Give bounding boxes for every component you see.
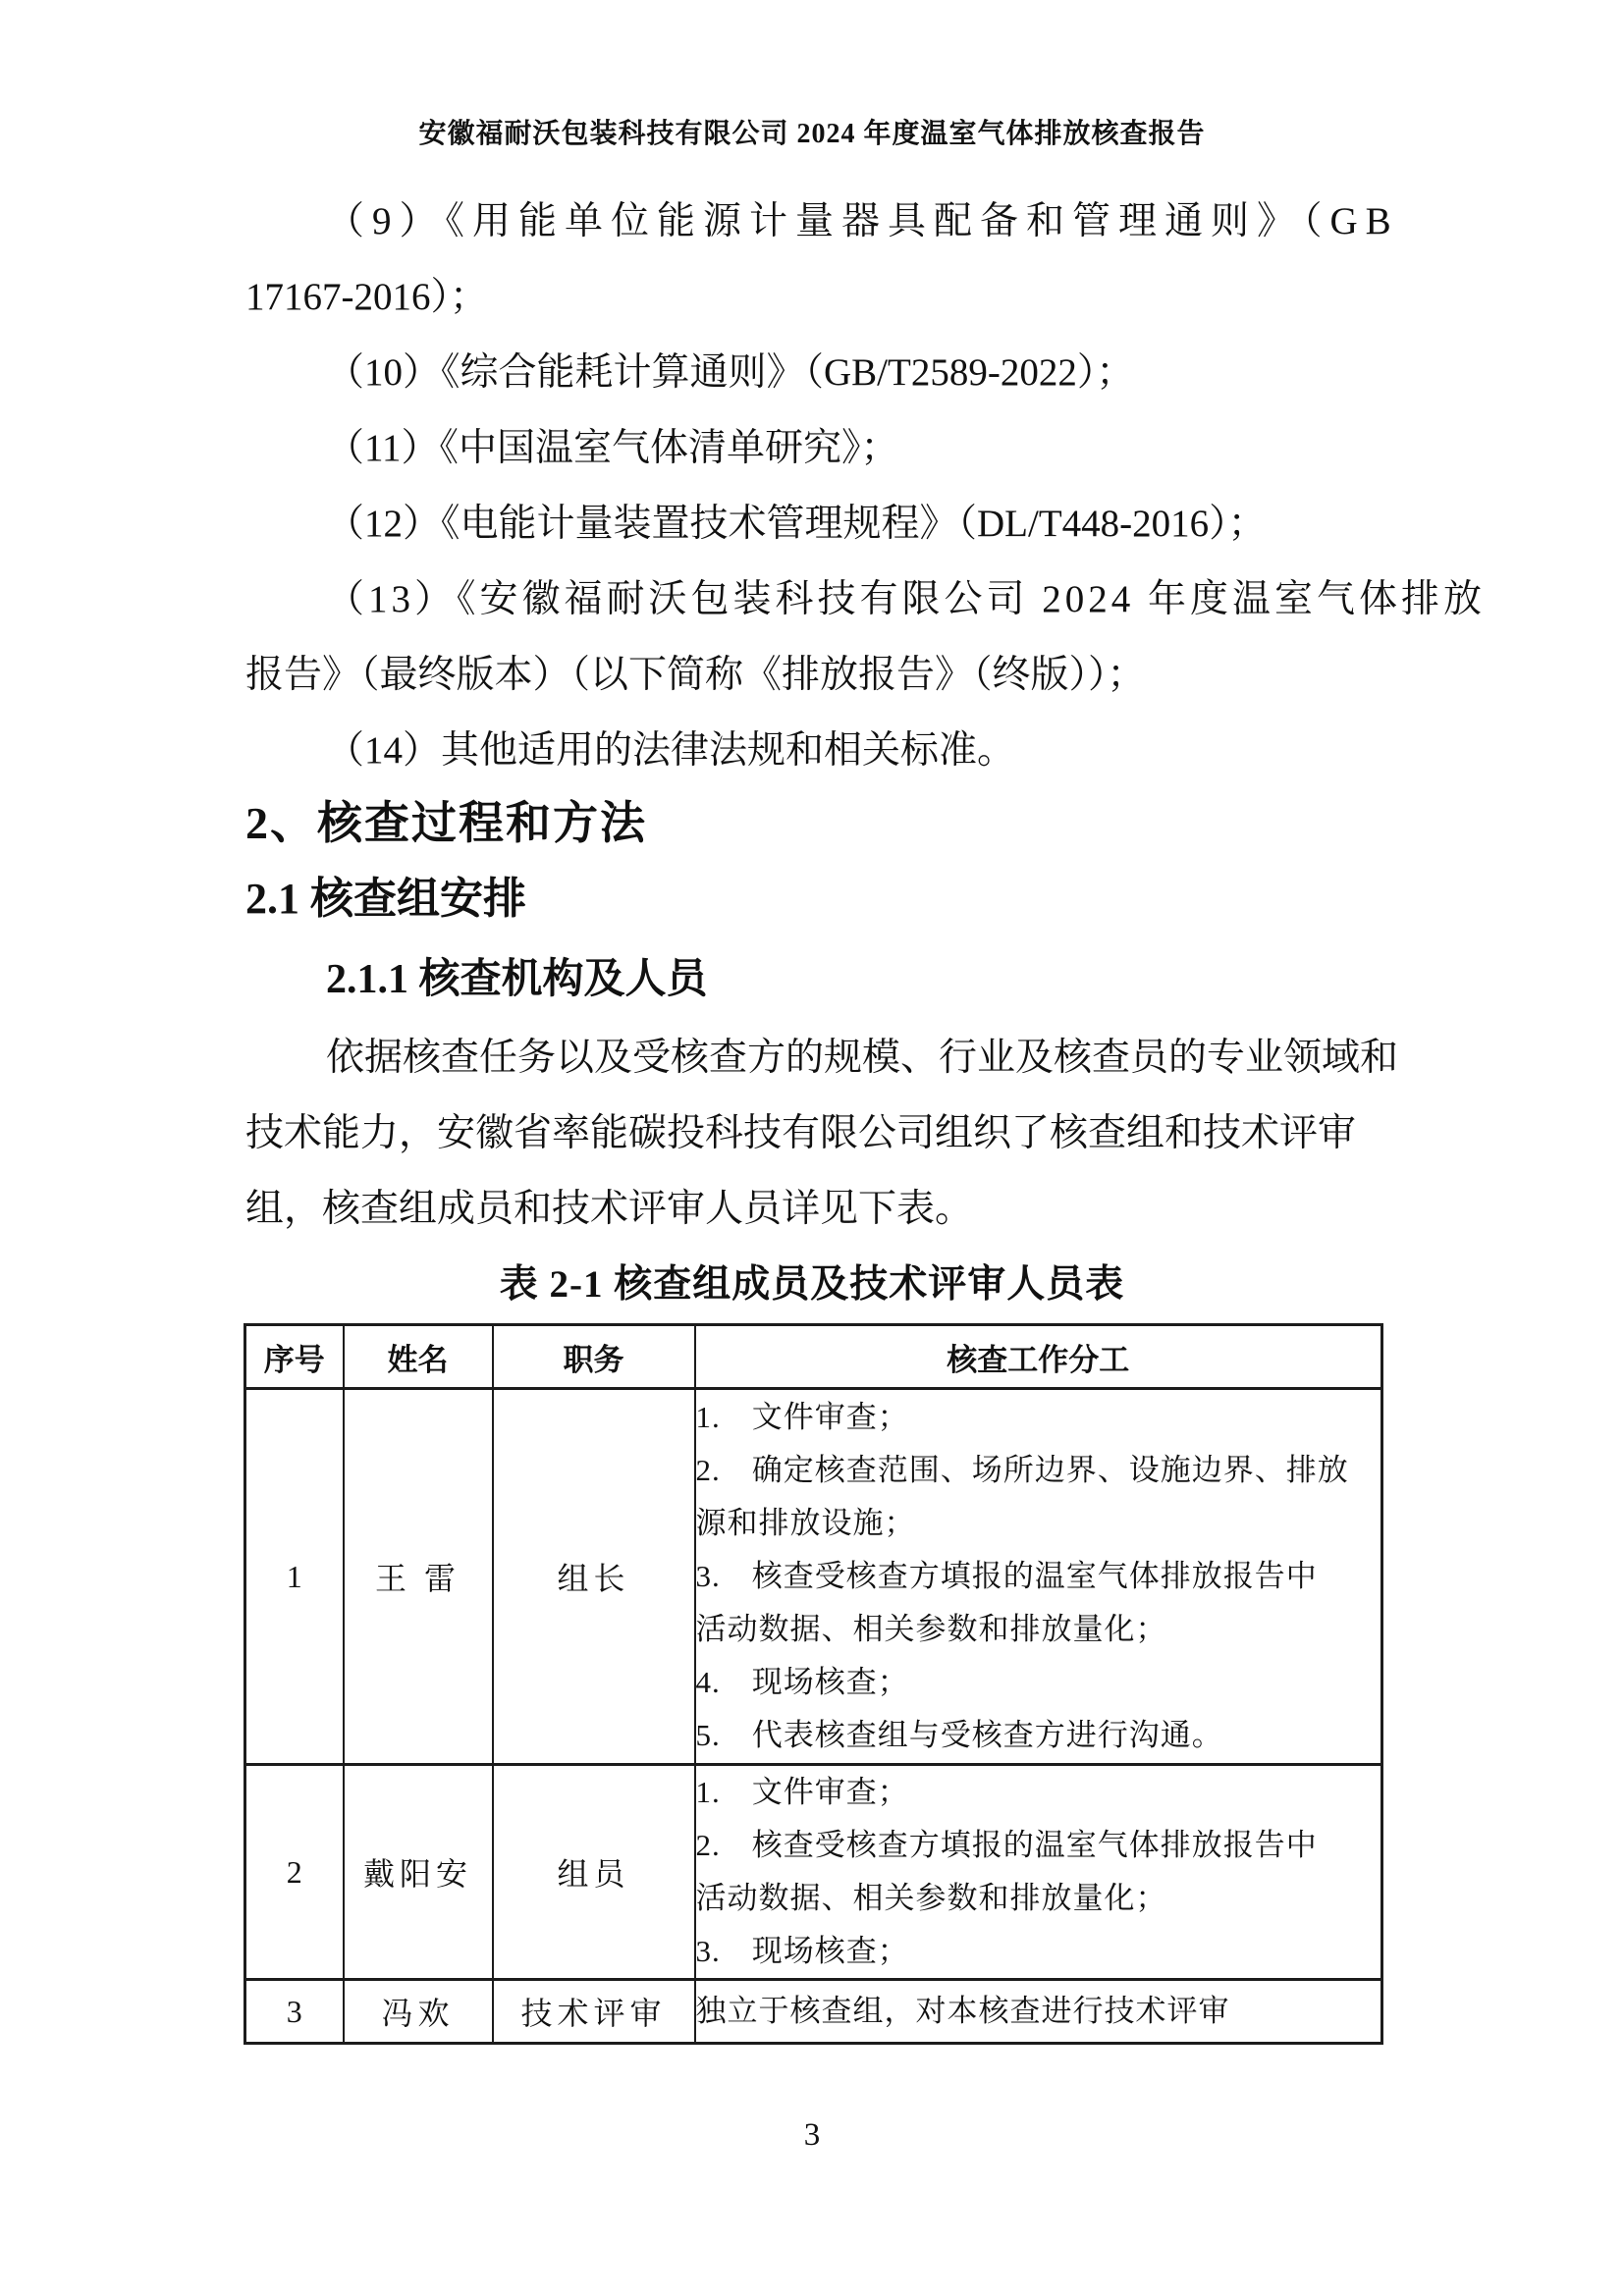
- duty-line: 独立于核查组，对本核查进行技术评审: [696, 1985, 1381, 2038]
- reference-line: （13）《安徽福耐沃包装科技有限公司 2024 年度温室气体排放: [245, 561, 1379, 637]
- duty-line: 2. 确定核查范围、场所边界、设施边界、排放: [696, 1444, 1381, 1497]
- section-heading-level3: 2.1.1 核查机构及人员: [245, 939, 1379, 1020]
- header-row: 序号 姓名 职务 核查工作分工: [245, 1325, 1382, 1389]
- duty-line: 1. 文件审查；: [696, 1766, 1381, 1819]
- cell-no: 2: [245, 1765, 344, 1980]
- cell-duties: 1. 文件审查； 2. 确定核查范围、场所边界、设施边界、排放 源和排放设施； …: [695, 1389, 1382, 1765]
- cell-name: 戴阳安: [344, 1765, 493, 1980]
- header-cell-name: 姓名: [344, 1325, 493, 1389]
- header-cell-role: 职务: [493, 1325, 695, 1389]
- duty-line: 1. 文件审查；: [696, 1391, 1381, 1444]
- cell-duties: 独立于核查组，对本核查进行技术评审: [695, 1980, 1382, 2044]
- table-row: 1 王 雷 组长 1. 文件审查； 2. 确定核查范围、场所边界、设施边界、排放…: [245, 1389, 1382, 1765]
- reference-line: （9）《用能单位能源计量器具配备和管理通则》（GB: [245, 184, 1379, 259]
- cell-no: 1: [245, 1389, 344, 1765]
- duty-line: 活动数据、相关参数和排放量化；: [696, 1872, 1381, 1925]
- page-header-title: 安徽福耐沃包装科技有限公司 2024 年度温室气体排放核查报告: [0, 110, 1624, 159]
- document-page: 安徽福耐沃包装科技有限公司 2024 年度温室气体排放核查报告 （9）《用能单位…: [0, 0, 1624, 2296]
- section-heading-level1: 2、核查过程和方法: [245, 788, 1379, 859]
- reference-line: （10）《综合能耗计算通则》（GB/T2589-2022）；: [245, 335, 1379, 410]
- paragraph-line: 技术能力，安徽省率能碳投科技有限公司组织了核查组和技术评审: [245, 1095, 1379, 1171]
- page-number: 3: [245, 2100, 1379, 2170]
- cell-no: 3: [245, 1980, 344, 2044]
- header-cell-duties: 核查工作分工: [695, 1325, 1382, 1389]
- reference-line: 17167-2016）；: [245, 259, 1379, 335]
- reference-line: （11）《中国温室气体清单研究》；: [245, 410, 1379, 486]
- section-heading-level2: 2.1 核查组安排: [245, 859, 1379, 939]
- table-row: 3 冯欢 技术评审 独立于核查组，对本核查进行技术评审: [245, 1980, 1382, 2044]
- cell-role: 技术评审: [493, 1980, 695, 2044]
- cell-duties: 1. 文件审查； 2. 核查受核查方填报的温室气体排放报告中 活动数据、相关参数…: [695, 1765, 1382, 1980]
- duty-line: 5. 代表核查组与受核查方进行沟通。: [696, 1709, 1381, 1762]
- page-content: （9）《用能单位能源计量器具配备和管理通则》（GB 17167-2016）； （…: [245, 184, 1379, 2170]
- table-caption: 表 2-1 核查组成员及技术评审人员表: [245, 1247, 1379, 1323]
- duty-line: 源和排放设施；: [696, 1497, 1381, 1550]
- reference-line: 报告》（最终版本）（以下简称《排放报告》（终版））；: [245, 637, 1379, 713]
- header-cell-no: 序号: [245, 1325, 344, 1389]
- duty-line: 活动数据、相关参数和排放量化；: [696, 1603, 1381, 1656]
- duty-line: 3. 现场核查；: [696, 1925, 1381, 1978]
- duty-line: 3. 核查受核查方填报的温室气体排放报告中: [696, 1550, 1381, 1603]
- members-table-header: 序号 姓名 职务 核查工作分工: [245, 1325, 1382, 1389]
- duty-line: 4. 现场核查；: [696, 1656, 1381, 1709]
- members-table: 序号 姓名 职务 核查工作分工 1 王 雷 组长 1. 文件审查； 2. 确定核…: [244, 1323, 1383, 2045]
- duty-line: 2. 核查受核查方填报的温室气体排放报告中: [696, 1819, 1381, 1872]
- cell-role: 组员: [493, 1765, 695, 1980]
- reference-line: （12）《电能计量装置技术管理规程》（DL/T448-2016）；: [245, 486, 1379, 561]
- paragraph-line: 组，核查组成员和技术评审人员详见下表。: [245, 1171, 1379, 1247]
- cell-name: 冯欢: [344, 1980, 493, 2044]
- cell-role: 组长: [493, 1389, 695, 1765]
- table-row: 2 戴阳安 组员 1. 文件审查； 2. 核查受核查方填报的温室气体排放报告中 …: [245, 1765, 1382, 1980]
- cell-name: 王 雷: [344, 1389, 493, 1765]
- paragraph-line: 依据核查任务以及受核查方的规模、行业及核查员的专业领域和: [245, 1020, 1379, 1095]
- reference-line: （14）其他适用的法律法规和相关标准。: [245, 713, 1379, 788]
